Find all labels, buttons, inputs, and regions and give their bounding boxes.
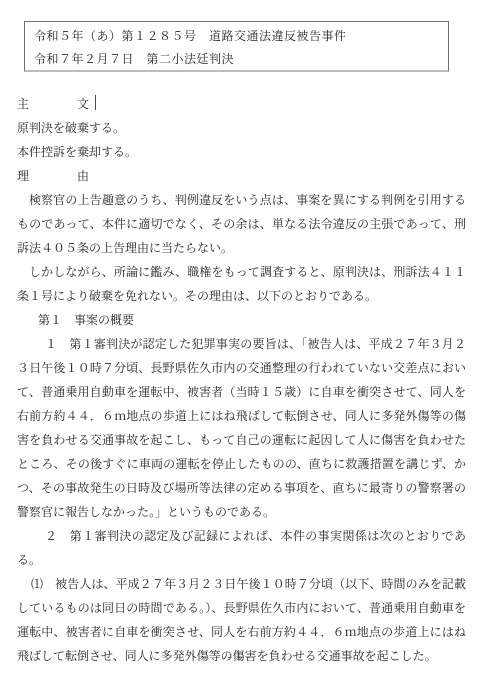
page-number: - 1 - <box>0 651 478 663</box>
paragraph-crime-facts-summary: １ 第１審判決が認定した犯罪事実の要旨は、「被告人は、平成２７年３月２３日午後１… <box>17 332 466 524</box>
document-body-text[interactable]: 主 文 原判決を破棄する。 本件控訴を棄却する。 理 由 検察官の上告趣意のうち… <box>17 92 466 668</box>
section-heading-case-outline: 第１ 事案の概要 <box>17 308 466 332</box>
reasons-heading: 理 由 <box>17 164 466 188</box>
main-text-heading-label: 主 文 <box>17 97 89 111</box>
judgment-date-line: 令和７年２月７日 第二小法廷判決 <box>34 48 442 71</box>
text-caret <box>95 95 96 110</box>
disposition-line-1: 原判決を破棄する。 <box>17 116 466 140</box>
paragraph-jokoku-grounds: 検察官の上告趣意のうち、判例違反をいう点は、事案を異にする判例を引用するものであ… <box>17 188 466 260</box>
main-text-heading: 主 文 <box>17 92 466 116</box>
document-page: 令和５年（あ）第１２８５号 道路交通法違反被告事件 令和７年２月７日 第二小法廷… <box>0 0 478 692</box>
case-header-box: 令和５年（あ）第１２８５号 道路交通法違反被告事件 令和７年２月７日 第二小法廷… <box>24 21 449 72</box>
case-number-line: 令和５年（あ）第１２８５号 道路交通法違反被告事件 <box>34 25 442 48</box>
disposition-line-2: 本件控訴を棄却する。 <box>17 140 466 164</box>
paragraph-ex-officio-review: しかしながら、所論に鑑み、職権をもって調査すると、原判決は、刑訴法４１１条１号に… <box>17 260 466 308</box>
paragraph-factual-relations-intro: ２ 第１審判決の認定及び記録によれば、本件の事実関係は次のとおりである。 <box>17 524 466 572</box>
